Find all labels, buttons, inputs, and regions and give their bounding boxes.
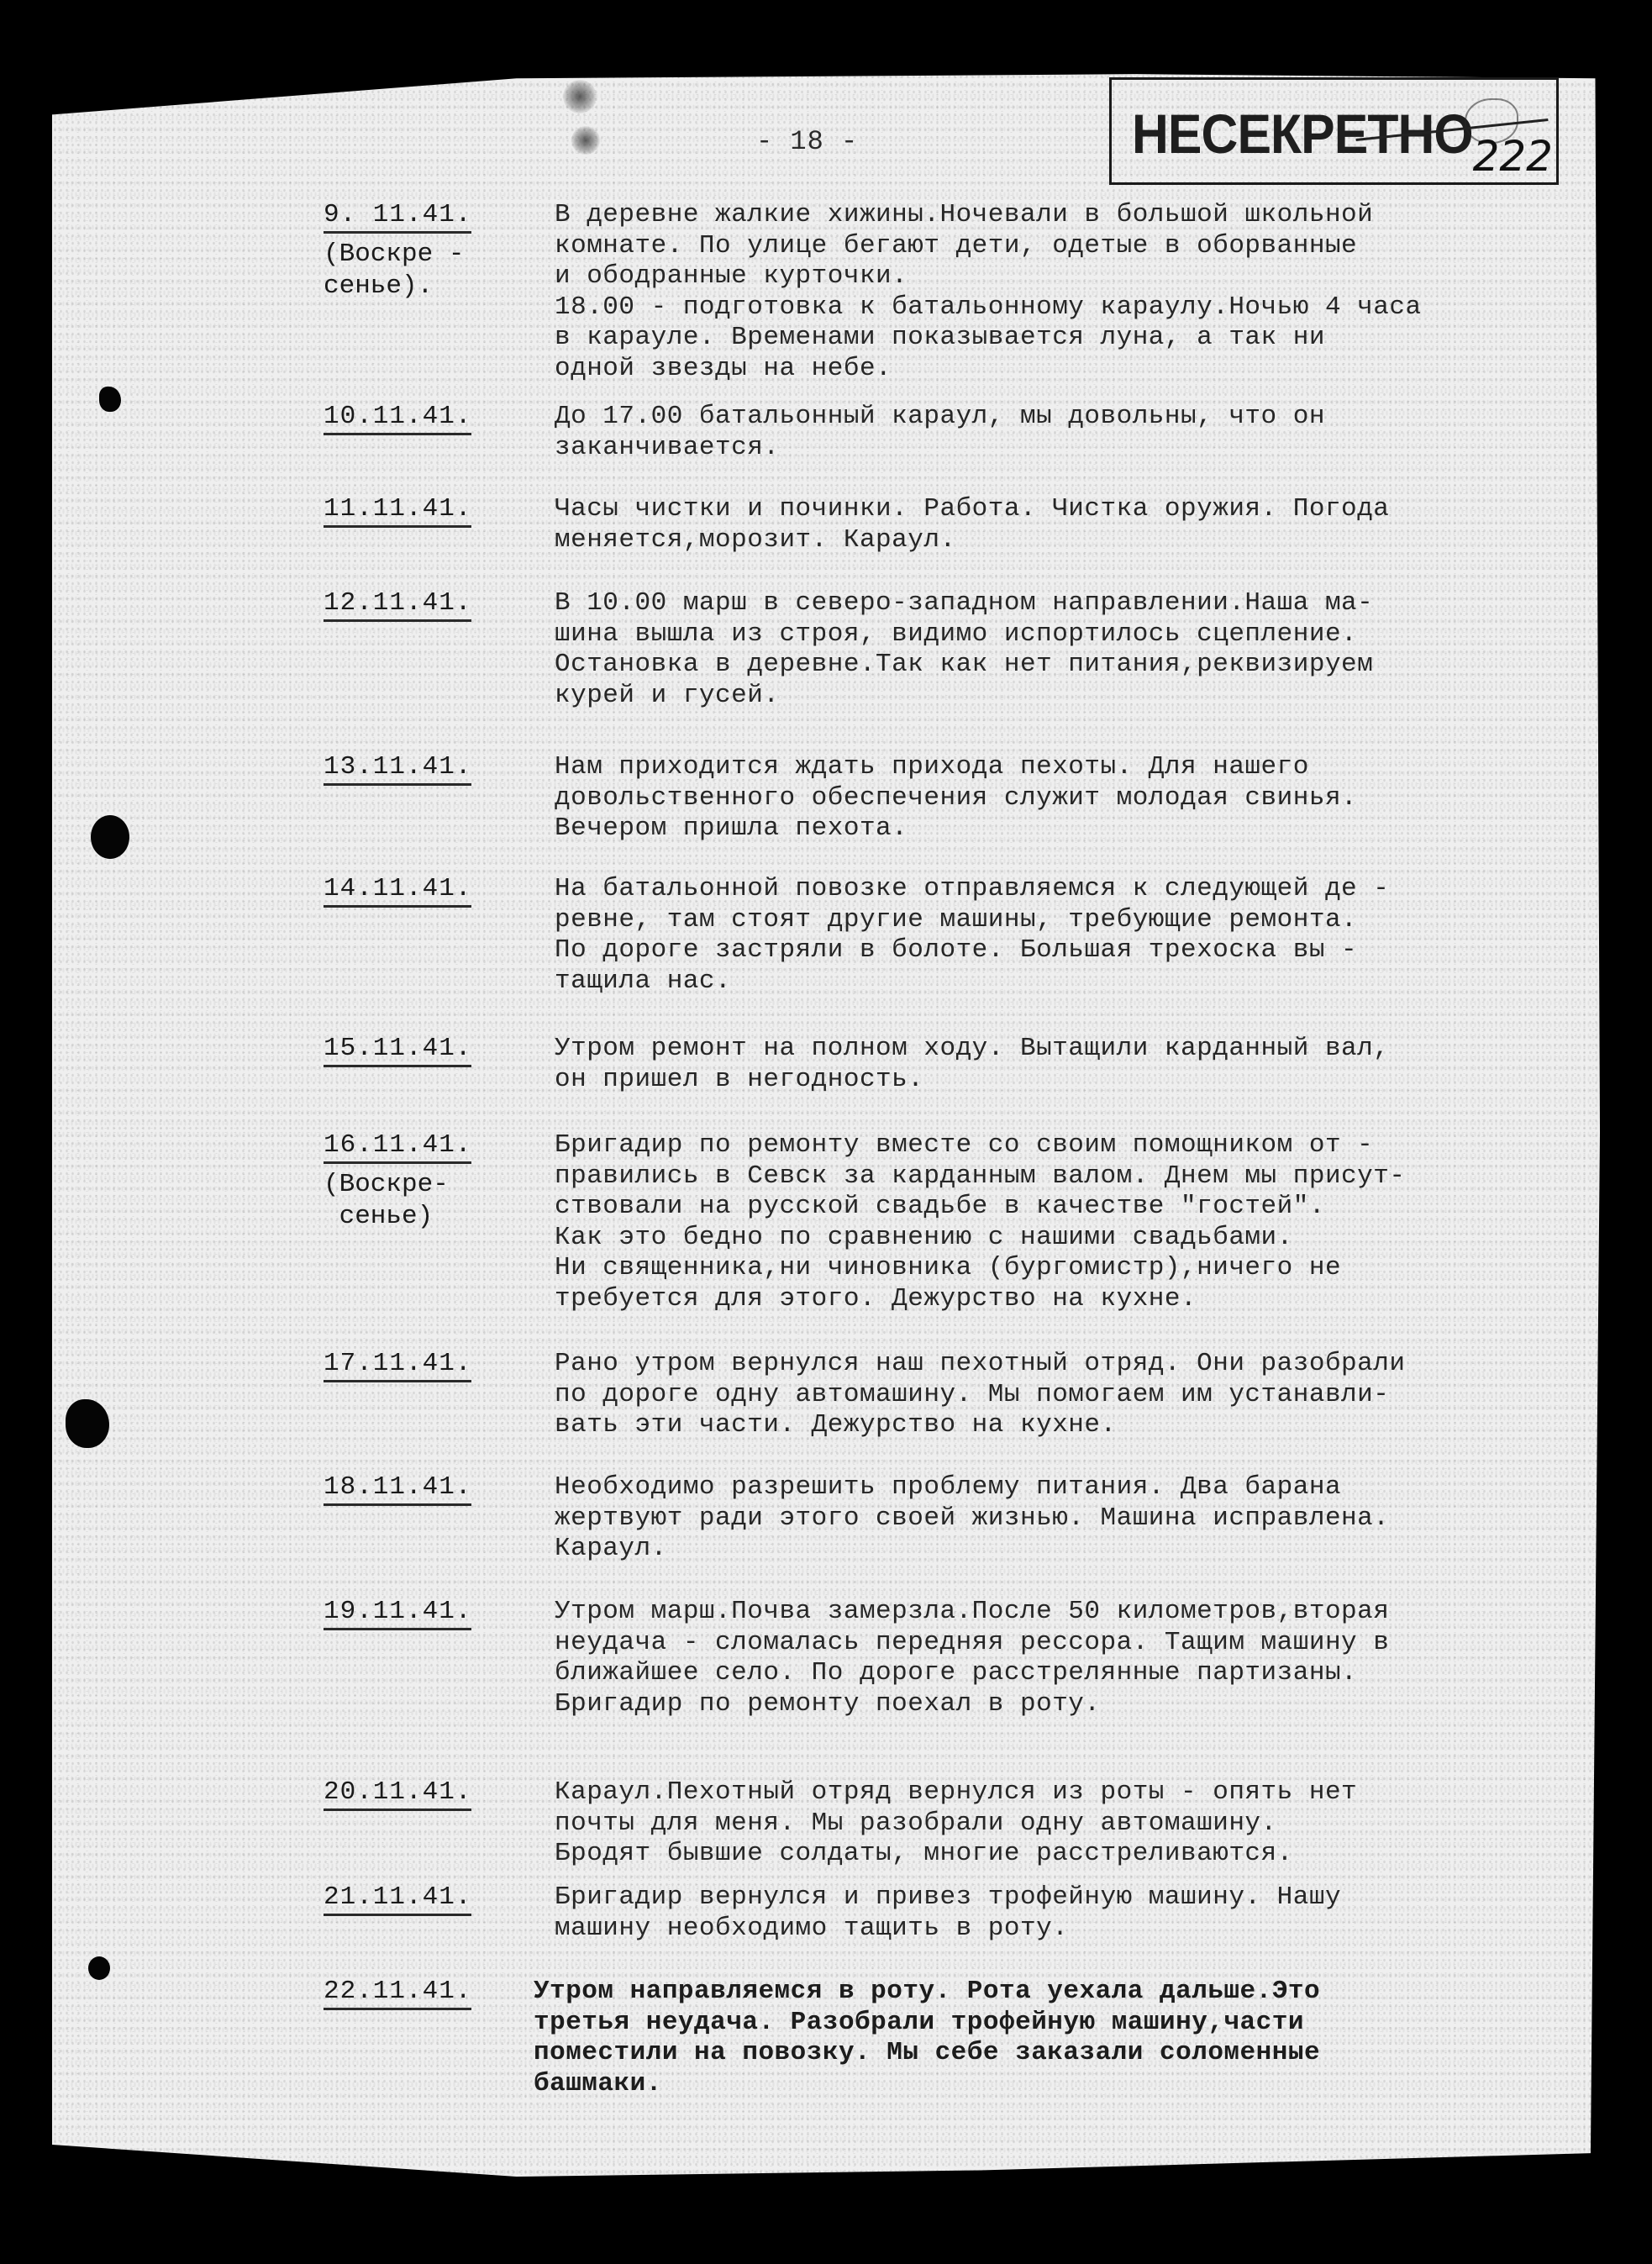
entry-date: 15.11.41. [324, 1034, 471, 1067]
entry-date: 9. 11.41. [324, 200, 471, 234]
declassified-stamp: НЕСЕКРЕТНО 222 [1109, 77, 1559, 185]
entry-date: 21.11.41. [324, 1882, 471, 1916]
entry-text: Часы чистки и починки. Работа. Чистка ор… [555, 494, 1597, 555]
entry-text: Бригадир по ремонту вместе со своим помо… [555, 1130, 1597, 1314]
entry-date: 14.11.41. [324, 874, 471, 908]
entry-text: Утром марш.Почва замерзла.После 50 килом… [555, 1597, 1597, 1719]
entry-date-column: 11.11.41. [324, 494, 534, 528]
entry-text: Необходимо разрешить проблему питания. Д… [555, 1472, 1597, 1565]
entry-day-note: (Воскре - сенье). [324, 239, 534, 303]
entry-date-column: 17.11.41. [324, 1349, 534, 1382]
entry-text: Утром направляемся в роту. Рота уехала д… [534, 1977, 1576, 2099]
entry-date: 20.11.41. [324, 1777, 471, 1811]
page-number: - 18 - [756, 126, 858, 157]
entry-date-column: 19.11.41. [324, 1597, 534, 1630]
entry-text: До 17.00 батальонный караул, мы довольны… [555, 402, 1597, 463]
entry-date: 19.11.41. [324, 1597, 471, 1630]
entry-date-column: 13.11.41. [324, 752, 534, 786]
entry-text: Караул.Пехотный отряд вернулся из роты -… [555, 1777, 1597, 1870]
entry-date-column: 10.11.41. [324, 402, 534, 435]
entry-text: В 10.00 марш в северо-западном направлен… [555, 588, 1597, 711]
entry-text: В деревне жалкие хижины.Ночевали в больш… [555, 200, 1597, 384]
smudge-mark [563, 80, 597, 113]
entry-date-column: 22.11.41. [324, 1977, 534, 2010]
entry-date-column: 9. 11.41.(Воскре - сенье). [324, 200, 534, 303]
ink-blot [66, 1399, 109, 1448]
stamp-handwritten-number: 222 [1473, 132, 1553, 181]
entry-date: 17.11.41. [324, 1349, 471, 1382]
entry-text: На батальонной повозке отправляемся к сл… [555, 874, 1597, 997]
entry-date: 13.11.41. [324, 752, 471, 786]
entry-date: 11.11.41. [324, 494, 471, 528]
entry-date-column: 18.11.41. [324, 1472, 534, 1506]
entry-date-column: 20.11.41. [324, 1777, 534, 1811]
ink-blot [88, 1956, 110, 1980]
entry-date-column: 21.11.41. [324, 1882, 534, 1916]
entry-date-column: 16.11.41.(Воскре- сенье) [324, 1130, 534, 1233]
entry-date: 12.11.41. [324, 588, 471, 622]
entry-date-column: 12.11.41. [324, 588, 534, 622]
entry-date: 22.11.41. [324, 1977, 471, 2010]
entry-date-column: 14.11.41. [324, 874, 534, 908]
entry-text: Нам приходится ждать прихода пехоты. Для… [555, 752, 1597, 845]
ink-blot [99, 387, 121, 412]
entry-date-column: 15.11.41. [324, 1034, 534, 1067]
smudge-mark [571, 126, 600, 155]
ink-blot [91, 815, 129, 859]
entry-date: 10.11.41. [324, 402, 471, 435]
entry-text: Бригадир вернулся и привез трофейную маш… [555, 1882, 1597, 1944]
entry-day-note: (Воскре- сенье) [324, 1169, 534, 1233]
entry-date: 18.11.41. [324, 1472, 471, 1506]
entry-text: Утром ремонт на полном ходу. Вытащили ка… [555, 1034, 1597, 1095]
entry-text: Рано утром вернулся наш пехотный отряд. … [555, 1349, 1597, 1441]
entry-date: 16.11.41. [324, 1130, 471, 1164]
